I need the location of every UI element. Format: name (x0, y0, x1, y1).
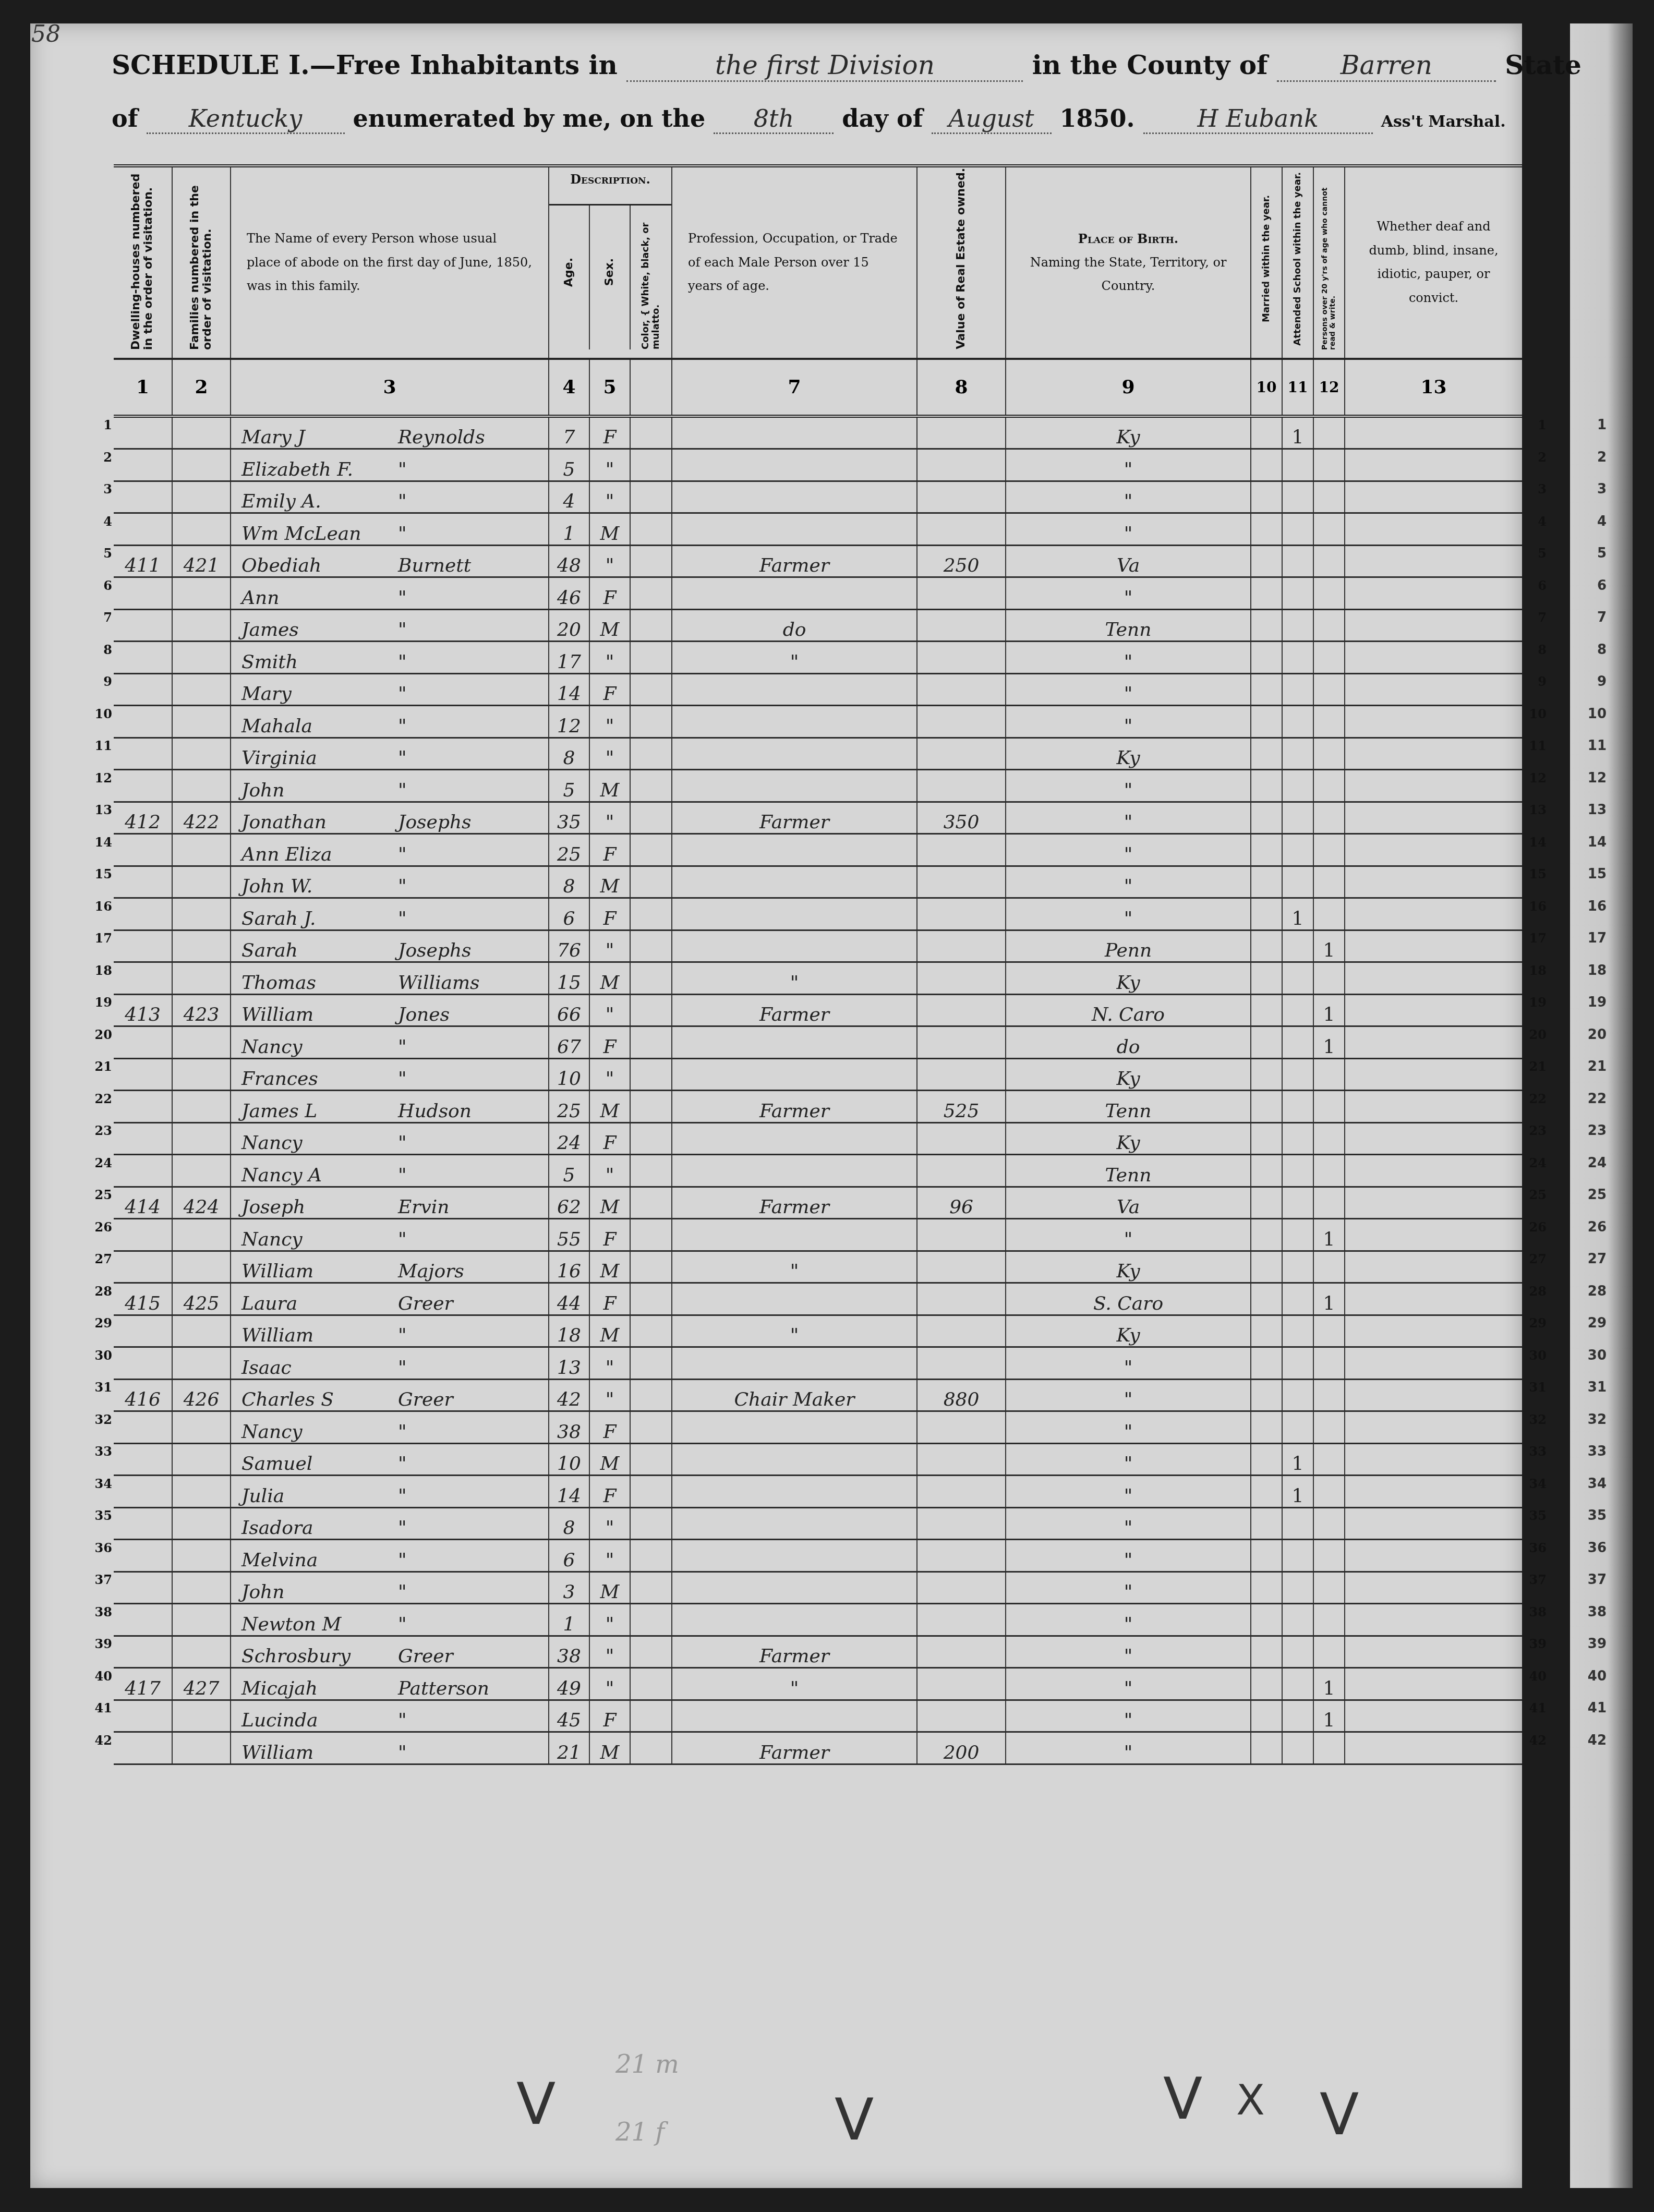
color (630, 1347, 672, 1380)
married-mark (1251, 513, 1282, 546)
illiterate-mark (1313, 962, 1345, 995)
line-number: 38 (91, 1604, 112, 1619)
dwelling-number (114, 834, 172, 866)
color (630, 1091, 672, 1123)
dwelling-number (114, 1636, 172, 1668)
table-row: Samuel"10M"1 (114, 1443, 1522, 1476)
birthplace: N. Caro (1006, 994, 1251, 1026)
illiterate-mark (1313, 1443, 1345, 1476)
dwelling-number: 411 (114, 545, 172, 577)
family-number (172, 673, 231, 706)
illiterate-mark (1313, 609, 1345, 642)
illiterate-mark (1313, 1572, 1345, 1604)
person-name: Mary" (231, 673, 549, 706)
surname: " (398, 1325, 407, 1346)
real-estate-value (917, 1315, 1006, 1347)
line-number-right: 14 (1526, 835, 1547, 850)
surname: Josephs (398, 812, 472, 833)
surname: " (398, 683, 407, 705)
married-mark (1251, 1604, 1282, 1636)
line-number-right: 11 (1526, 738, 1547, 753)
surname: " (398, 1550, 407, 1571)
birthplace: Ky (1006, 416, 1251, 449)
illiterate-mark (1313, 1155, 1345, 1187)
birthplace: " (1006, 642, 1251, 674)
check-mark: V (1163, 2065, 1202, 2132)
married-mark (1251, 609, 1282, 642)
illiterate-mark (1313, 1091, 1345, 1123)
person-name: Nancy" (231, 1122, 549, 1155)
given-name: James L (242, 1101, 398, 1122)
occupation (672, 1507, 917, 1540)
real-estate-value (917, 1411, 1006, 1444)
adjacent-line-number: 11 (1575, 738, 1607, 754)
birthplace: " (1006, 802, 1251, 834)
surname: " (398, 491, 407, 512)
dwelling-number (114, 738, 172, 770)
line-number: 4 (91, 514, 112, 529)
dwelling-number (114, 770, 172, 802)
person-name: Nancy" (231, 1219, 549, 1251)
sex: " (589, 1507, 630, 1540)
line-number-right: 17 (1526, 930, 1547, 946)
given-name: Micajah (242, 1678, 398, 1699)
real-estate-value (917, 1507, 1006, 1540)
school-mark (1282, 1219, 1313, 1251)
school-mark (1282, 1155, 1313, 1187)
married-mark (1251, 1540, 1282, 1572)
illiterate-mark (1313, 802, 1345, 834)
sex: F (589, 1476, 630, 1508)
line-number: 30 (91, 1348, 112, 1363)
adjacent-line-number: 29 (1575, 1315, 1607, 1331)
occupation (672, 449, 917, 481)
school-mark (1282, 1091, 1313, 1123)
age: 7 (549, 416, 589, 449)
family-number: 425 (172, 1283, 231, 1315)
school-mark (1282, 1315, 1313, 1347)
surname: " (398, 1132, 407, 1154)
person-name: William" (231, 1315, 549, 1347)
enumerated-label: enumerated by me, on the (353, 104, 706, 132)
birthplace: Tenn (1006, 1155, 1251, 1187)
occupation (672, 577, 917, 610)
cross-mark: X (1236, 2076, 1265, 2124)
married-mark (1251, 1251, 1282, 1283)
line-number-right: 25 (1526, 1187, 1547, 1202)
married-mark (1251, 1026, 1282, 1059)
given-name: Isadora (242, 1517, 398, 1539)
person-name: Wm McLean" (231, 513, 549, 546)
line-number-right: 32 (1526, 1412, 1547, 1427)
table-row: 415425LauraGreer44FS. Caro1 (114, 1283, 1522, 1315)
occupation: " (672, 962, 917, 995)
real-estate-value (917, 481, 1006, 513)
column-number-row: 123 45 789 10111213 (114, 359, 1522, 416)
sex: M (589, 1251, 630, 1283)
line-number: 15 (91, 866, 112, 881)
table-row: Mary"14F" (114, 673, 1522, 706)
surname: Burnett (398, 555, 471, 576)
sex: F (589, 1026, 630, 1059)
married-mark (1251, 834, 1282, 866)
age: 14 (549, 673, 589, 706)
sex: M (589, 770, 630, 802)
age: 49 (549, 1668, 589, 1700)
col-header-school: Attended School within the year. (1282, 167, 1313, 359)
marshal-name-field: H Eubank (1143, 104, 1373, 134)
table-row: William"21MFarmer200" (114, 1732, 1522, 1764)
dwelling-number (114, 1411, 172, 1444)
surname: " (398, 619, 407, 640)
surname: Majors (398, 1261, 464, 1282)
line-number: 33 (91, 1444, 112, 1459)
line-number-right: 16 (1526, 899, 1547, 914)
dwelling-number (114, 706, 172, 738)
occupation: Farmer (672, 1636, 917, 1668)
birthplace: " (1006, 1379, 1251, 1411)
real-estate-value (917, 898, 1006, 930)
line-number-right: 20 (1526, 1027, 1547, 1042)
given-name: Thomas (242, 972, 398, 994)
adjacent-line-number: 15 (1575, 866, 1607, 882)
real-estate-value (917, 1251, 1006, 1283)
color (630, 1026, 672, 1059)
line-number: 9 (91, 674, 112, 689)
age: 44 (549, 1283, 589, 1315)
real-estate-value (917, 1443, 1006, 1476)
surname: " (398, 1036, 407, 1058)
census-table: Dwelling-houses numbered in the order of… (114, 164, 1522, 1765)
given-name: William (242, 1742, 398, 1763)
age: 1 (549, 513, 589, 546)
occupation: Farmer (672, 1187, 917, 1219)
dwelling-number: 416 (114, 1379, 172, 1411)
age: 38 (549, 1411, 589, 1444)
occupation (672, 1155, 917, 1187)
real-estate-value (917, 1122, 1006, 1155)
surname: " (398, 1421, 407, 1443)
line-number: 20 (91, 1027, 112, 1042)
occupation (672, 1347, 917, 1380)
surname: " (398, 1165, 407, 1186)
given-name: Laura (242, 1293, 398, 1314)
illiterate-mark (1313, 1379, 1345, 1411)
age: 38 (549, 1636, 589, 1668)
color (630, 1058, 672, 1091)
surname: " (398, 651, 407, 673)
adjacent-line-number: 6 (1575, 578, 1607, 594)
real-estate-value: 880 (917, 1379, 1006, 1411)
age: 8 (549, 738, 589, 770)
color (630, 1636, 672, 1668)
dwelling-number (114, 1058, 172, 1091)
married-mark (1251, 802, 1282, 834)
age: 46 (549, 577, 589, 610)
illiterate-mark: 1 (1313, 930, 1345, 962)
color (630, 416, 672, 449)
condition (1345, 866, 1522, 898)
adjacent-line-number: 1 (1575, 417, 1607, 433)
family-number (172, 1507, 231, 1540)
line-number-right: 12 (1526, 770, 1547, 785)
person-name: Ann" (231, 577, 549, 610)
adjacent-line-number: 2 (1575, 450, 1607, 465)
condition (1345, 994, 1522, 1026)
age: 24 (549, 1122, 589, 1155)
line-number-right: 27 (1526, 1251, 1547, 1266)
sex: " (589, 1155, 630, 1187)
school-mark (1282, 449, 1313, 481)
real-estate-value (917, 513, 1006, 546)
married-mark (1251, 1315, 1282, 1347)
line-number: 42 (91, 1733, 112, 1748)
line-number: 36 (91, 1540, 112, 1555)
family-number (172, 738, 231, 770)
dwelling-number (114, 1476, 172, 1508)
real-estate-value (917, 1283, 1006, 1315)
county-label: in the County of (1032, 50, 1268, 80)
col-header-birthplace: Place of Birth. Naming the State, Territ… (1006, 167, 1251, 359)
person-name: John" (231, 770, 549, 802)
married-mark (1251, 1347, 1282, 1380)
birthplace: " (1006, 1347, 1251, 1380)
condition (1345, 513, 1522, 546)
color (630, 866, 672, 898)
line-number-right: 4 (1526, 514, 1547, 529)
table-row: Nancy"24FKy (114, 1122, 1522, 1155)
surname: " (398, 780, 407, 801)
dwelling-number (114, 642, 172, 674)
age: 62 (549, 1187, 589, 1219)
given-name: Samuel (242, 1453, 398, 1474)
illiterate-mark (1313, 834, 1345, 866)
family-number (172, 1251, 231, 1283)
adjacent-line-number: 16 (1575, 899, 1607, 914)
school-mark (1282, 1122, 1313, 1155)
check-mark: V (516, 2071, 556, 2137)
sex: F (589, 834, 630, 866)
sex: " (589, 1668, 630, 1700)
family-number: 426 (172, 1379, 231, 1411)
married-mark (1251, 1219, 1282, 1251)
line-number-right: 30 (1526, 1348, 1547, 1363)
table-row: Sarah J."6F"1 (114, 898, 1522, 930)
family-number (172, 1732, 231, 1764)
table-row: SarahJosephs76"Penn1 (114, 930, 1522, 962)
school-mark (1282, 738, 1313, 770)
dwelling-number (114, 1540, 172, 1572)
condition (1345, 1058, 1522, 1091)
condition (1345, 1572, 1522, 1604)
line-number: 2 (91, 450, 112, 465)
married-mark (1251, 1507, 1282, 1540)
line-number-right: 37 (1526, 1572, 1547, 1587)
line-number: 7 (91, 610, 112, 625)
adjacent-line-number: 27 (1575, 1251, 1607, 1267)
given-name: Smith (242, 651, 398, 673)
birthplace: " (1006, 1476, 1251, 1508)
line-number: 24 (91, 1155, 112, 1170)
line-number-right: 15 (1526, 866, 1547, 881)
family-number (172, 481, 231, 513)
condition (1345, 1443, 1522, 1476)
birthplace: " (1006, 770, 1251, 802)
family-number (172, 1315, 231, 1347)
illiterate-mark (1313, 1347, 1345, 1380)
dwelling-number (114, 1026, 172, 1059)
condition (1345, 1219, 1522, 1251)
family-number (172, 577, 231, 610)
col-header-married: Married within the year. (1251, 167, 1282, 359)
condition (1345, 962, 1522, 995)
color (630, 449, 672, 481)
line-number: 39 (91, 1636, 112, 1651)
birthplace: " (1006, 1540, 1251, 1572)
age: 17 (549, 642, 589, 674)
condition (1345, 1604, 1522, 1636)
adjacent-line-number: 7 (1575, 610, 1607, 625)
condition (1345, 1507, 1522, 1540)
age: 18 (549, 1315, 589, 1347)
person-name: JosephErvin (231, 1187, 549, 1219)
school-mark (1282, 609, 1313, 642)
age: 6 (549, 898, 589, 930)
birthplace: Penn (1006, 930, 1251, 962)
occupation (672, 930, 917, 962)
illiterate-mark (1313, 642, 1345, 674)
table-row: Julia"14F"1 (114, 1476, 1522, 1508)
real-estate-value (917, 962, 1006, 995)
table-row: Ann Eliza"25F" (114, 834, 1522, 866)
surname: Josephs (398, 940, 472, 961)
condition (1345, 481, 1522, 513)
person-name: Mary JReynolds (231, 416, 549, 449)
color (630, 1187, 672, 1219)
real-estate-value (917, 738, 1006, 770)
adjacent-line-number: 33 (1575, 1444, 1607, 1459)
married-mark (1251, 545, 1282, 577)
birthplace: Va (1006, 545, 1251, 577)
given-name: Nancy (242, 1036, 398, 1058)
married-mark (1251, 1058, 1282, 1091)
occupation (672, 1443, 917, 1476)
table-row: Newton M"1"" (114, 1604, 1522, 1636)
line-number-right: 34 (1526, 1476, 1547, 1491)
col-header-description: Description. Age. Sex. Color, { White, b… (549, 167, 672, 359)
line-number: 23 (91, 1123, 112, 1138)
condition (1345, 738, 1522, 770)
school-mark (1282, 1026, 1313, 1059)
age: 25 (549, 1091, 589, 1123)
school-mark (1282, 1636, 1313, 1668)
adjacent-line-number: 9 (1575, 674, 1607, 690)
family-number (172, 1058, 231, 1091)
birthplace: " (1006, 1411, 1251, 1444)
illiterate-mark (1313, 738, 1345, 770)
county-field: Barren (1277, 50, 1496, 82)
given-name: Melvina (242, 1550, 398, 1571)
color (630, 609, 672, 642)
age: 10 (549, 1058, 589, 1091)
surname: Hudson (398, 1101, 472, 1122)
adjacent-page-strip: 1234567891011121314151617181920212223242… (1570, 23, 1633, 2188)
line-number: 13 (91, 802, 112, 817)
illiterate-mark: 1 (1313, 1026, 1345, 1059)
married-mark (1251, 1572, 1282, 1604)
age: 76 (549, 930, 589, 962)
surname: Reynolds (398, 427, 485, 448)
sex: " (589, 1604, 630, 1636)
person-name: Nancy" (231, 1411, 549, 1444)
given-name: Emily A. (242, 491, 398, 512)
sex: " (589, 1058, 630, 1091)
birthplace: " (1006, 449, 1251, 481)
line-number: 29 (91, 1315, 112, 1331)
age: 5 (549, 1155, 589, 1187)
person-name: Isaac" (231, 1347, 549, 1380)
line-number-right: 39 (1526, 1636, 1547, 1651)
color (630, 802, 672, 834)
adjacent-line-number: 10 (1575, 706, 1607, 722)
person-name: MicajahPatterson (231, 1668, 549, 1700)
birthplace: " (1006, 898, 1251, 930)
line-number: 17 (91, 930, 112, 946)
real-estate-value: 350 (917, 802, 1006, 834)
surname: " (398, 716, 407, 737)
age: 42 (549, 1379, 589, 1411)
illiterate-mark (1313, 1507, 1345, 1540)
schedule-label: SCHEDULE I.—Free Inhabitants in (112, 50, 618, 80)
family-number (172, 1540, 231, 1572)
table-row: James"20MdoTenn (114, 609, 1522, 642)
real-estate-value (917, 1219, 1006, 1251)
illiterate-mark (1313, 449, 1345, 481)
state-label: State (1505, 50, 1581, 80)
line-number: 32 (91, 1412, 112, 1427)
occupation (672, 1058, 917, 1091)
married-mark (1251, 1283, 1282, 1315)
table-row: Virginia"8"Ky (114, 738, 1522, 770)
table-row: Mahala"12"" (114, 706, 1522, 738)
adjacent-line-number: 25 (1575, 1187, 1607, 1203)
line-number: 10 (91, 706, 112, 721)
surname: " (398, 1485, 407, 1507)
col-header-occupation: Profession, Occupation, or Trade of each… (672, 167, 917, 359)
line-number-right: 24 (1526, 1155, 1547, 1170)
occupation (672, 673, 917, 706)
family-number: 424 (172, 1187, 231, 1219)
adjacent-line-number: 18 (1575, 963, 1607, 978)
surname: Greer (398, 1389, 453, 1410)
dwelling-number (114, 1091, 172, 1123)
given-name: Ann Eliza (242, 844, 398, 865)
dwelling-number (114, 962, 172, 995)
family-number (172, 1091, 231, 1123)
dwelling-number (114, 1604, 172, 1636)
adjacent-line-number: 19 (1575, 995, 1607, 1010)
married-mark (1251, 673, 1282, 706)
person-name: John W." (231, 866, 549, 898)
illiterate-mark: 1 (1313, 1700, 1345, 1732)
adjacent-line-number: 31 (1575, 1380, 1607, 1395)
adjacent-line-number: 42 (1575, 1733, 1607, 1748)
table-row: Wm McLean"1M" (114, 513, 1522, 546)
line-number-right: 9 (1526, 674, 1547, 689)
real-estate-value (917, 770, 1006, 802)
color (630, 738, 672, 770)
married-mark (1251, 1155, 1282, 1187)
